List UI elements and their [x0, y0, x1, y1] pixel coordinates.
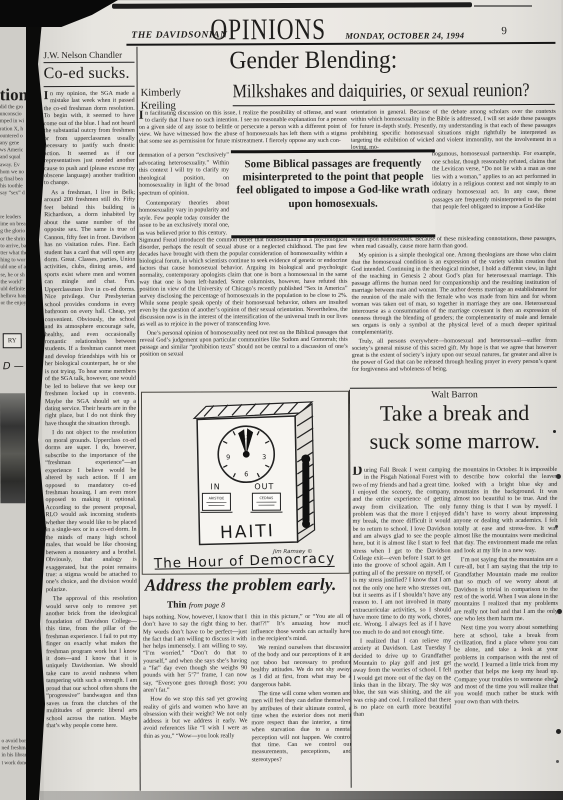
scan-edge-artifact [474, 5, 532, 7]
thin-paragraph: How do we stop this sad yet growing real… [143, 696, 247, 740]
thin-paragraph: haps nothing. Now, however, I know that … [143, 614, 247, 695]
clock-numeral-6: 6 [244, 470, 248, 478]
barron-col2: the mountains in October. It is impossib… [453, 466, 558, 787]
issue-date: MONDAY, OCTOBER 24, 1994 [345, 30, 464, 41]
thin-headline: Address the problem early. [145, 575, 337, 596]
gender-paragraph: nogamous, homosexual partnership. For ex… [432, 151, 556, 212]
barron-col1: During Fall Break I went camping in the … [352, 466, 451, 787]
editorial-cartoon: 12 3 6 9 IN [141, 391, 350, 575]
thin-paragraph: We remind ourselves that discussion of t… [251, 645, 351, 689]
coed-paragraph: In my opinion, the SGA made a mistake la… [44, 91, 135, 188]
coed-paragraph: The approval of this resolution would se… [46, 596, 138, 731]
coed-author: J.W. Nelson Chandler [43, 50, 134, 63]
out-card-name: CEDRAS [260, 496, 274, 500]
in-label: IN [210, 482, 220, 491]
gender-paragraph: demnation of a person “exclusively” advo… [139, 152, 229, 198]
gender-headline: Gender Blending: [229, 47, 397, 76]
gender-col2-bottom: wrath upon homosexuals. Because of these… [351, 236, 557, 388]
edge-photo-fragment [0, 393, 25, 503]
barron-paragraph: the mountains in October. It is impossib… [453, 466, 557, 555]
barron-paragraph: I’m not saying that the mountains are a … [454, 556, 558, 623]
newspaper-scan-page: THE DAVIDSONIAN OPINIONS MONDAY, OCTOBER… [0, 0, 563, 800]
thin-paragraph: thin in this picture,” or “You ate all o… [251, 614, 351, 644]
gender-paragraph: One’s personal opinion of homosexuality … [140, 330, 348, 359]
lever-handle [301, 454, 310, 528]
gender-paragraph: Sigmund Freud introduced the common beli… [139, 237, 347, 329]
coed-title: Co-ed sucks. [44, 63, 135, 87]
barron-paragraph: I realized that I can relieve my anxiety… [353, 637, 451, 718]
gender-col1-top: In facilitating discussion on this issue… [139, 110, 347, 153]
coed-paragraph: As a freshman, I live in Belk; around 20… [44, 190, 136, 429]
scan-speck-artifacts [553, 430, 556, 433]
gender-col2-top: orientation in general. Because of the d… [351, 109, 556, 152]
edge-fragment-large: tion [0, 85, 28, 105]
thin-paragraph: The time will come when women and men wi… [251, 691, 351, 764]
edge-fragment-column: did the gro unconscio mped in wi ration … [0, 104, 27, 205]
scanned-paper: THE DAVIDSONIAN OPINIONS MONDAY, OCTOBER… [0, 0, 563, 800]
gender-col1-mid: demnation of a person “exclusively” advo… [139, 152, 229, 236]
gender-paragraph: wrath upon homosexuals. Because of these… [351, 236, 556, 251]
in-card-name: ARISTIDE [209, 496, 225, 500]
gender-col1-bottom: Sigmund Freud introduced the common beli… [139, 237, 348, 389]
clock-numeral-3: 3 [262, 453, 266, 461]
barron-title-line2: suck some marrow. [352, 428, 557, 455]
thin-continued-line: Thin from page 8 [143, 600, 249, 610]
coed-body: In my opinion, the SGA made a mistake la… [44, 91, 138, 779]
thin-continued-from: from page 8 [189, 600, 225, 609]
gender-col2-mid: nogamous, homosexual partnership. For ex… [432, 151, 556, 236]
page-number: 9 [501, 25, 507, 37]
scan-bottom-artifact [40, 791, 563, 800]
thin-col1: haps nothing. Now, however, I know that … [143, 614, 248, 788]
barron-title-line1: Take a break and [352, 400, 557, 427]
edge-fragment-box: RY [3, 333, 22, 348]
cartoon-drawing: 12 3 6 9 IN [142, 392, 347, 572]
gender-paragraph: In facilitating discussion on this issue… [139, 110, 347, 146]
gender-paragraph: Contemporary theories about homosexualit… [139, 200, 229, 237]
edge-fragment-column: re leaders ime on brea g the glorio or t… [0, 214, 28, 326]
gender-paragraph: orientation in general. Because of the d… [351, 109, 556, 152]
barron-paragraph: During Fall Break I went camping in the … [352, 466, 451, 635]
article-coed-sucks: J.W. Nelson Chandler Co-ed sucks. In my … [43, 50, 137, 779]
haiti-sign: HAITI [220, 521, 276, 543]
coed-paragraph: I do not object to the resolution on mor… [45, 430, 137, 594]
pull-quote: Some Biblical passages are frequently mi… [231, 149, 435, 238]
gender-paragraph: My opinion is a simple theological one. … [351, 252, 556, 337]
barron-paragraph: Next time you worry about something here… [454, 624, 558, 705]
out-label: OUT [254, 482, 274, 491]
gender-subheadline: Milkshakes and daiquiries, or sexual reu… [233, 80, 530, 103]
thin-continued-title: Thin [167, 600, 187, 610]
gender-paragraph: Truly, all persons everywhere—homosexual… [352, 338, 557, 374]
thin-col2: thin in this picture,” or “You ate all o… [251, 614, 352, 788]
gender-byline: Kimberly Kreiling [141, 88, 181, 113]
edge-fragment-scribble: D — [3, 361, 24, 372]
clock-numeral-9: 9 [226, 453, 230, 461]
